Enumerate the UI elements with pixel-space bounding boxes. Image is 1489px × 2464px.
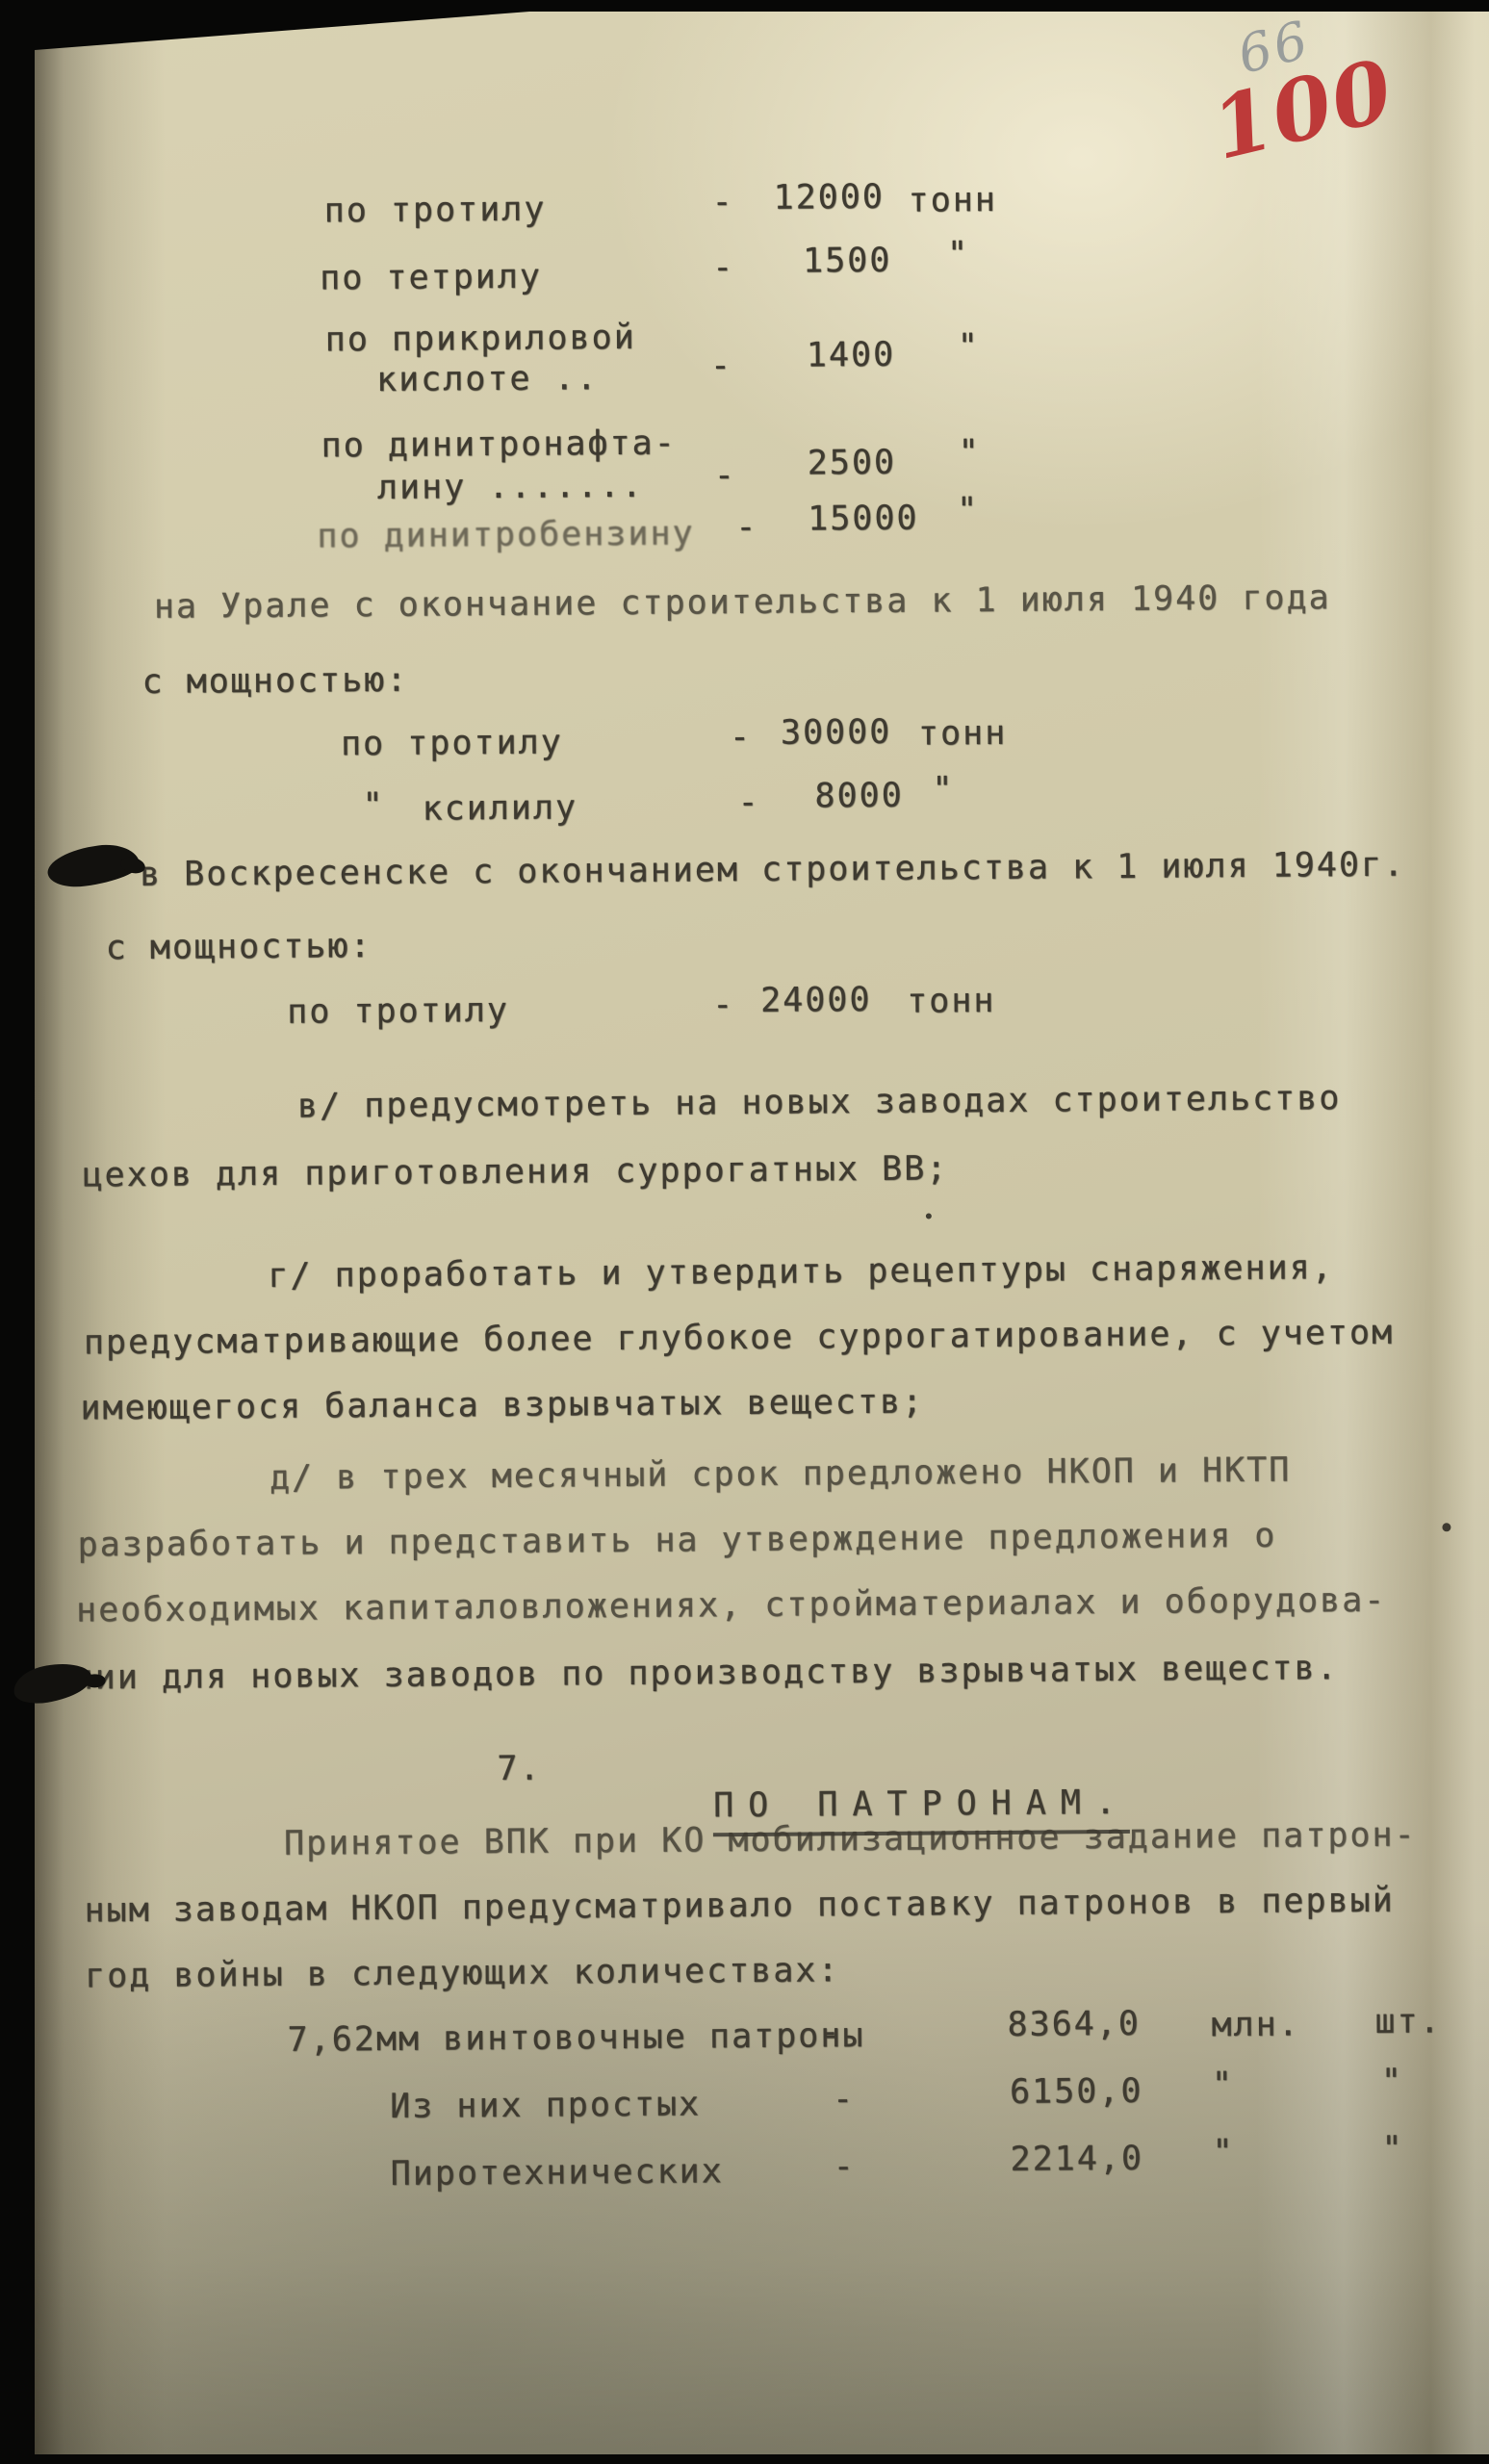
cartridge-paragraph-line: ным заводам НКОП предусматривало поставк… <box>84 1882 1395 1931</box>
tonnage-value: 24000 <box>760 981 872 1020</box>
tonnage-value: 12000 <box>773 178 885 218</box>
item-d-line: необходимых капиталовложениях, строймате… <box>76 1581 1387 1630</box>
section-number: 7. <box>497 1750 541 1788</box>
dash: - <box>735 508 757 547</box>
ditto-mark: " <box>957 491 979 529</box>
ditto-mark: " <box>932 770 954 808</box>
cartridge-unit: млн. <box>1211 2005 1300 2044</box>
capacity-label: с мощностью: <box>141 661 408 702</box>
tonnage-value: 2500 <box>808 444 897 483</box>
item-d-line: разработать и представить на утверждение… <box>77 1517 1276 1565</box>
dash: - <box>833 2147 855 2186</box>
explosive-label: по тротилу <box>323 191 546 231</box>
paper-speck <box>1442 1523 1450 1531</box>
item-d-line: д/ в трех месячный срок предложено НКОП … <box>270 1451 1292 1498</box>
ditto-mark: " <box>1381 2130 1403 2169</box>
explosive-label: по динитробензину <box>317 514 695 555</box>
typewritten-text-layer: 66 100 по тротилу - 12000 тонн по тетрил… <box>0 0 1489 2464</box>
dash: - <box>730 718 752 757</box>
dash: - <box>737 783 759 822</box>
ural-intro-line: на Урале с окончание строительства к 1 и… <box>154 578 1331 627</box>
paper-speck <box>926 1213 932 1219</box>
dash: - <box>711 183 733 221</box>
explosive-label: по динитронафта- <box>321 424 676 466</box>
explosive-label: по прикриловой <box>325 319 636 360</box>
cartridge-paragraph-line: Принятое ВПК при КО мобилизационное зада… <box>284 1816 1417 1863</box>
item-g-line: г/ проработать и утвердить рецептуры сна… <box>268 1248 1334 1296</box>
document-scan: 66 100 по тротилу - 12000 тонн по тетрил… <box>0 0 1489 2464</box>
ink-blot <box>85 1674 106 1687</box>
dash: - <box>712 986 734 1024</box>
dash: - <box>714 456 736 495</box>
tonnage-value: 15000 <box>808 500 919 539</box>
dash: - <box>712 248 734 287</box>
cartridge-value: 2214,0 <box>1010 2140 1143 2179</box>
tonnage-unit: тонн <box>918 714 1008 754</box>
cartridge-value: 8364,0 <box>1007 2005 1141 2044</box>
ditto-mark: " <box>1381 2063 1403 2101</box>
item-g-line: предусматривающие более глубокое суррога… <box>84 1314 1395 1363</box>
tonnage-value: 30000 <box>781 713 892 753</box>
cartridge-label: Из них простых <box>390 2085 701 2126</box>
cartridge-paragraph-line: год войны в следующих количествах: <box>85 1951 840 1995</box>
tonnage-value: 1400 <box>807 336 896 375</box>
ditto-mark: " <box>958 433 980 472</box>
ditto-mark: " <box>958 327 980 366</box>
item-d-line: нии для новых заводов по производству вз… <box>72 1649 1338 1697</box>
ditto-mark: " <box>1212 2133 1234 2171</box>
cartridge-value: 6150,0 <box>1010 2072 1143 2112</box>
cartridge-label: 7,62мм винтовочные патроны <box>287 2016 864 2060</box>
cartridge-label: Пиротехнических <box>391 2152 724 2194</box>
capacity-label: с мощностью: <box>106 927 372 967</box>
voskresensk-intro-line: в Воскресенске с окончанием строительств… <box>140 846 1405 894</box>
dash: - <box>819 2013 841 2051</box>
explosive-label: ксилилу <box>422 788 578 828</box>
explosive-label-cont: кислоте .. <box>376 359 599 399</box>
tonnage-value: 1500 <box>803 242 892 281</box>
red-page-number: 100 <box>1202 39 1403 179</box>
tonnage-unit: тонн <box>907 982 996 1021</box>
explosive-label: по тротилу <box>341 723 563 763</box>
dash: - <box>710 346 732 385</box>
ditto-mark: " <box>362 786 384 825</box>
dash: - <box>833 2080 855 2118</box>
tonnage-unit: тонн <box>908 181 997 220</box>
item-v-line: в/ предусмотреть на новых заводах строит… <box>297 1079 1342 1126</box>
explosive-label-cont: лину ....... <box>377 467 644 507</box>
item-g-line: имеющегося баланса взрывчатых веществ; <box>80 1383 924 1428</box>
explosive-label: по тротилу <box>287 991 509 1032</box>
item-v-line: цехов для приготовления суррогатных ВВ; <box>82 1149 948 1194</box>
explosive-label: по тетрилу <box>320 258 542 298</box>
ditto-mark: " <box>1212 2066 1234 2104</box>
ditto-mark: " <box>947 235 969 273</box>
cartridge-unit: шт. <box>1374 2002 1442 2041</box>
tonnage-value: 8000 <box>814 777 904 816</box>
